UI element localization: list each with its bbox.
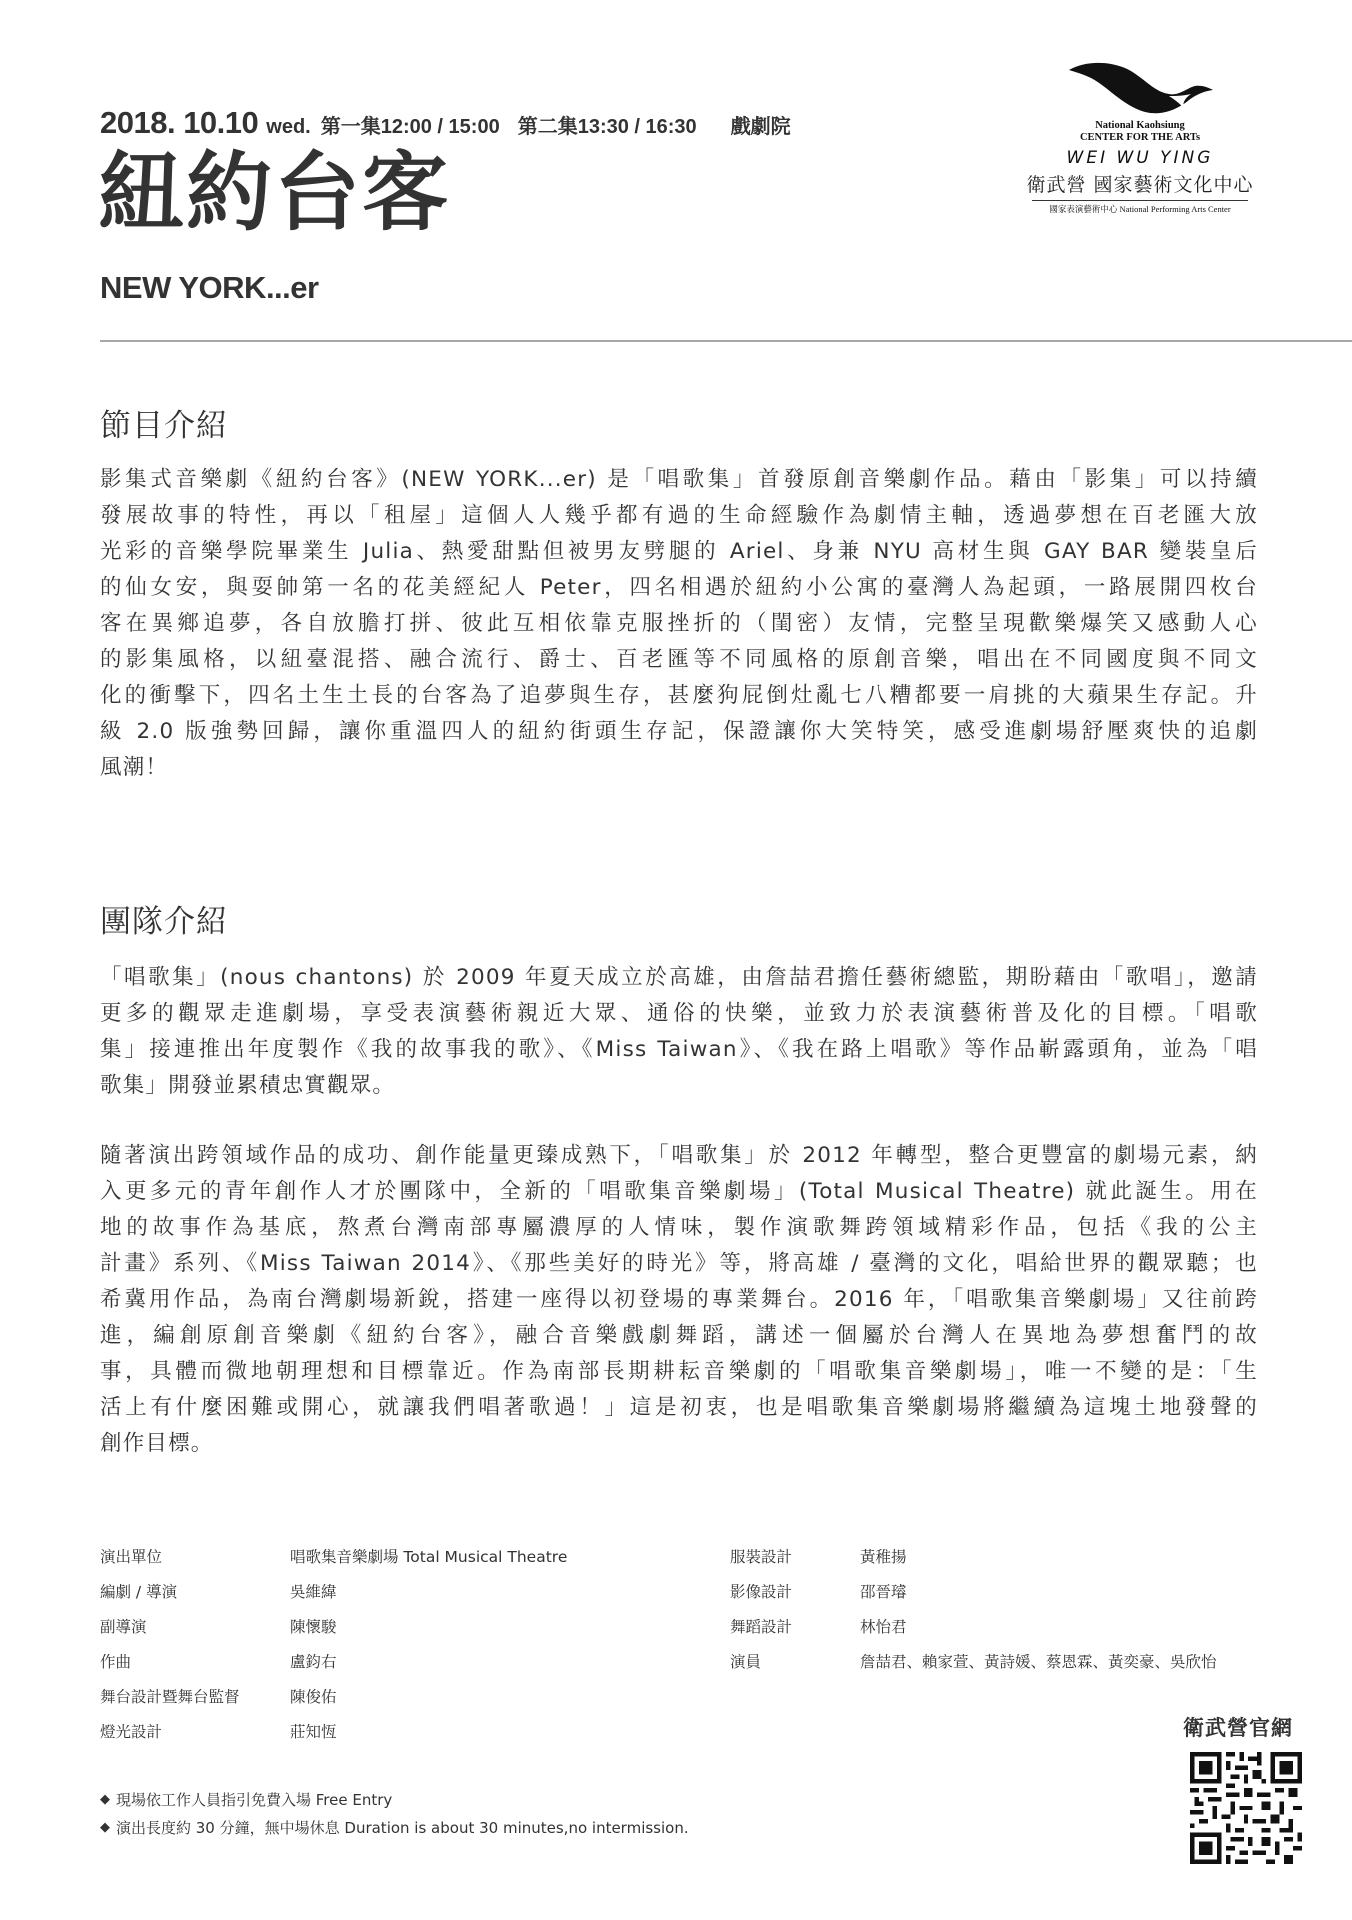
logo-name-zh: 衛武營 國家藝術文化中心 [1020, 170, 1260, 197]
text-line: 的影集風格，以紐臺混搭、融合流行、爵士、百老匯等不同風格的原創音樂，唱出在不同國… [100, 642, 1258, 678]
text-line: 創作目標。 [100, 1426, 1258, 1462]
text-line: 事，具體而微地朝理想和目標靠近。作為南部長期耕耘音樂劇的「唱歌集音樂劇場」，唯一… [100, 1354, 1258, 1390]
credit-role: 舞蹈設計 [730, 1615, 860, 1637]
credit-role: 演出單位 [100, 1545, 290, 1567]
wave-bird-logo-icon [1065, 60, 1215, 118]
diamond-bullet-icon: ◆ [100, 1792, 110, 1807]
text-line: 地的故事作為基底，熬煮台灣南部專屬濃厚的人情味，製作演歌舞跨領域精彩作品，包括《… [100, 1210, 1258, 1246]
text-line: 「唱歌集」(nous chantons) 於 2009 年夏天成立於高雄，由詹喆… [100, 960, 1258, 996]
text-line: 級 2.0 版強勢回歸，讓你重溫四人的紐約街頭生存記，保證讓你大笑特笑，感受進劇… [100, 714, 1258, 750]
diamond-bullet-icon: ◆ [100, 1820, 110, 1835]
credit-role: 作曲 [100, 1650, 290, 1672]
credit-name: 陳俊佑 [290, 1685, 337, 1707]
text-line: 計畫》系列、《Miss Taiwan 2014》、《那些美好的時光》等，將高雄 … [100, 1246, 1258, 1282]
credit-name: 唱歌集音樂劇場 Total Musical Theatre [290, 1545, 567, 1567]
team-intro-heading: 團隊介紹 [100, 896, 228, 941]
credit-row: 燈光設計 莊知恆 [100, 1713, 567, 1748]
note-free-entry: ◆ 現場依工作人員指引免費入場 Free Entry [100, 1785, 689, 1813]
credit-name: 黃稚揚 [860, 1545, 907, 1567]
event-weekday: wed. [266, 116, 310, 139]
text-line: 客在異鄉追夢，各自放膽打拼、彼此互相依靠克服挫折的（閨密）友情，完整呈現歡樂爆笑… [100, 606, 1258, 642]
logo-line-2: CENTER FOR THE ARTs [1020, 132, 1260, 144]
logo-line-1: National Kaohsiung [1020, 120, 1260, 132]
qr-code-icon[interactable] [1190, 1752, 1302, 1864]
page-subtitle-en: NEW YORK...er [100, 270, 319, 306]
text-line: 集」接連推出年度製作《我的故事我的歌》、《Miss Taiwan》、《我在路上唱… [100, 1032, 1258, 1068]
team-intro-paragraph-2: 隨著演出跨領域作品的成功、創作能量更臻成熟下，「唱歌集」於 2012 年轉型，整… [100, 1138, 1258, 1462]
program-intro-heading: 節目介紹 [100, 400, 228, 445]
credit-role: 編劇 / 導演 [100, 1580, 290, 1602]
text-line: 隨著演出跨領域作品的成功、創作能量更臻成熟下，「唱歌集」於 2012 年轉型，整… [100, 1138, 1258, 1174]
text-line: 歌集」開發並累積忠實觀眾。 [100, 1068, 1258, 1104]
event-date: 2018. 10.10 [100, 105, 258, 141]
credit-role: 服裝設計 [730, 1545, 860, 1567]
credit-row: 影像設計 邵晉璿 [730, 1573, 1217, 1608]
text-line: 的仙女安，與耍帥第一名的花美經紀人 Peter，四名相遇於紐約小公寓的臺灣人為起… [100, 570, 1258, 606]
text-line: 活上有什麼困難或開心，就讓我們唱著歌過！」這是初衷，也是唱歌集音樂劇場將繼續為這… [100, 1390, 1258, 1426]
text-line: 入更多元的青年創作人才於團隊中，全新的「唱歌集音樂劇場」(Total Music… [100, 1174, 1258, 1210]
text-line: 風潮！ [100, 750, 1258, 786]
credit-name: 邵晉璿 [860, 1580, 907, 1602]
credit-row: 作曲 盧鈞右 [100, 1643, 567, 1678]
venue: 戲劇院 [731, 110, 791, 139]
credit-role: 影像設計 [730, 1580, 860, 1602]
footer-notes: ◆ 現場依工作人員指引免費入場 Free Entry ◆ 演出長度約 30 分鐘… [100, 1785, 689, 1841]
text-line: 希冀用作品，為南台灣劇場新銳，搭建一座得以初登場的專業舞台。2016 年，「唱歌… [100, 1282, 1258, 1318]
credit-name: 林怡君 [860, 1615, 907, 1637]
credit-row: 演員 詹喆君、賴家萱、黃詩媛、蔡恩霖、黃奕豪、吳欣怡 [730, 1643, 1217, 1678]
text-line: 化的衝擊下，四名土生土長的台客為了追夢與生存，甚麼狗屁倒灶亂七八糟都要一肩挑的大… [100, 678, 1258, 714]
credit-row: 舞台設計暨舞台監督 陳俊佑 [100, 1678, 567, 1713]
logo-subline: 國家表演藝術中心 National Performing Arts Center [1032, 200, 1248, 215]
credits-right-column: 服裝設計 黃稚揚 影像設計 邵晉璿 舞蹈設計 林怡君 演員 詹喆君、賴家萱、黃詩… [730, 1538, 1217, 1678]
credit-row: 舞蹈設計 林怡君 [730, 1608, 1217, 1643]
event-schedule: 2018. 10.10 wed. 第一集12:00 / 15:00 第二集13:… [100, 105, 791, 141]
header-divider [100, 340, 1352, 342]
credit-name: 莊知恆 [290, 1720, 337, 1742]
credit-role: 舞台設計暨舞台監督 [100, 1685, 290, 1707]
logo-brand: WEI WU YING [1020, 148, 1260, 168]
text-line: 進，編創原創音樂劇《紐約台客》，融合音樂戲劇舞蹈，講述一個屬於台灣人在異地為夢想… [100, 1318, 1258, 1354]
credit-name: 盧鈞右 [290, 1650, 337, 1672]
note-duration: ◆ 演出長度約 30 分鐘，無中場休息 Duration is about 30… [100, 1813, 689, 1841]
page-title: 紐約台客 [98, 150, 450, 236]
credit-name: 陳懷駿 [290, 1615, 337, 1637]
session-1-times: 第一集12:00 / 15:00 [321, 110, 500, 139]
program-intro-text: 影集式音樂劇《紐約台客》(NEW YORK...er) 是「唱歌集」首發原創音樂… [100, 462, 1258, 786]
credit-role: 演員 [730, 1650, 860, 1672]
text-line: 發展故事的特性，再以「租屋」這個人人幾乎都有過的生命經驗作為劇情主軸，透過夢想在… [100, 498, 1258, 534]
credit-row: 編劇 / 導演 吳維緯 [100, 1573, 567, 1608]
credit-name: 吳維緯 [290, 1580, 337, 1602]
credit-role: 副導演 [100, 1615, 290, 1637]
credit-name: 詹喆君、賴家萱、黃詩媛、蔡恩霖、黃奕豪、吳欣怡 [860, 1650, 1217, 1672]
note-text: 現場依工作人員指引免費入場 Free Entry [116, 1789, 392, 1810]
text-line: 影集式音樂劇《紐約台客》(NEW YORK...er) 是「唱歌集」首發原創音樂… [100, 462, 1258, 498]
credit-row: 服裝設計 黃稚揚 [730, 1538, 1217, 1573]
credit-role: 燈光設計 [100, 1720, 290, 1742]
note-text: 演出長度約 30 分鐘，無中場休息 Duration is about 30 m… [116, 1817, 689, 1838]
credits-left-column: 演出單位 唱歌集音樂劇場 Total Musical Theatre 編劇 / … [100, 1538, 567, 1748]
weiwuying-logo: National Kaohsiung CENTER FOR THE ARTs W… [1020, 60, 1260, 230]
team-intro-paragraph-1: 「唱歌集」(nous chantons) 於 2009 年夏天成立於高雄，由詹喆… [100, 960, 1258, 1104]
text-line: 光彩的音樂學院畢業生 Julia、熱愛甜點但被男友劈腿的 Ariel、身兼 NY… [100, 534, 1258, 570]
session-2-times: 第二集13:30 / 16:30 [518, 110, 697, 139]
text-line: 更多的觀眾走進劇場，享受表演藝術親近大眾、通俗的快樂，並致力於表演藝術普及化的目… [100, 996, 1258, 1032]
credit-row: 演出單位 唱歌集音樂劇場 Total Musical Theatre [100, 1538, 567, 1573]
credit-row: 副導演 陳懷駿 [100, 1608, 567, 1643]
official-site-label: 衛武營官網 [1183, 1712, 1293, 1742]
